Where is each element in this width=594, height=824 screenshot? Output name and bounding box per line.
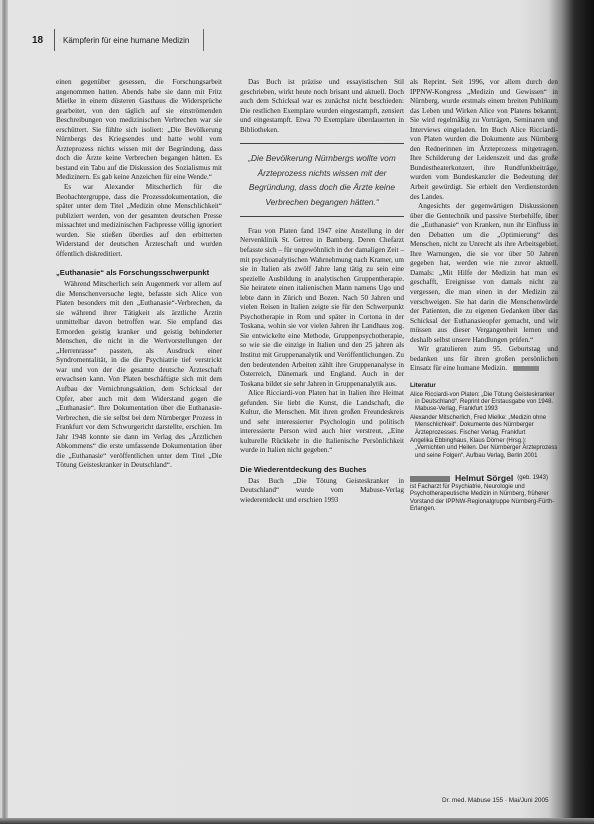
body-paragraph: Alice Ricciardi-von Platen hat in Italie… — [240, 389, 404, 456]
end-of-article-mark — [513, 366, 539, 371]
running-title: Kämpferin für eine humane Medizin — [63, 36, 189, 45]
column-1: einen gegenüber gesessen, die Forschungs… — [56, 78, 222, 471]
author-name: Helmut Sörgel — [455, 474, 513, 484]
page-bottom-edge-shadow — [0, 818, 594, 824]
pull-quote: „Die Bevölkerung Nürnbergs wollte vom Är… — [240, 143, 404, 217]
author-accent-bar — [410, 476, 450, 482]
literature-entry: Alice Ricciardi-von Platen: „Die Tötung … — [410, 392, 558, 414]
body-paragraph: Frau von Platen fand 1947 eine Anstellun… — [240, 227, 404, 389]
scanned-page: 18 Kämpferin für eine humane Medizin ein… — [0, 0, 594, 824]
column-2: Das Buch ist präzise und essayistischen … — [240, 78, 404, 505]
literature-heading: Literatur — [410, 381, 558, 391]
author-name-row: Helmut Sörgel (geb. 1943) — [410, 474, 558, 484]
body-paragraph: Das Buch ist präzise und essayistischen … — [240, 78, 404, 135]
section-heading-wiederentdeckung: Die Wiederentdeckung des Buches — [240, 465, 404, 475]
author-bio: ist Facharzt für Psychiatrie, Neurologie… — [410, 484, 558, 514]
page-footer: Dr. med. Mabuse 155 · Mai/Juni 2005 — [442, 797, 549, 804]
page-number: 18 — [32, 35, 52, 46]
literature-entry: Angelika Ebbinghaus, Klaus Dörner (Hrsg.… — [410, 438, 558, 460]
body-paragraph: Es war Alexander Mitscherlich für die Be… — [56, 183, 222, 259]
body-paragraph: einen gegenüber gesessen, die Forschungs… — [56, 78, 222, 183]
body-paragraph: Angesichts der gegenwärtigen Diskussione… — [410, 202, 558, 345]
body-paragraph: Während Mitscherlich sein Augenmerk vor … — [56, 280, 222, 471]
section-heading-euthanasie: „Euthanasie“ als Forschungsschwerpunkt — [56, 268, 222, 278]
header-divider-right — [203, 29, 204, 51]
column-3: als Reprint. Seit 1996, vor allem durch … — [410, 78, 558, 513]
body-paragraph-closing: Wir gratulieren zum 95. Geburtstag und b… — [410, 345, 558, 374]
literature-entry: Alexander Mitscherlich, Fred Mielke: „Me… — [410, 415, 558, 437]
page-header: 18 Kämpferin für eine humane Medizin — [32, 28, 204, 52]
page-left-edge-shadow — [2, 0, 8, 824]
author-years: (geb. 1943) — [517, 474, 548, 484]
author-bio-block: Helmut Sörgel (geb. 1943) ist Facharzt f… — [410, 474, 558, 513]
body-paragraph: als Reprint. Seit 1996, vor allem durch … — [410, 78, 558, 202]
header-divider — [54, 29, 55, 51]
body-paragraph: Das Buch „Die Tötung Geisteskranker in D… — [240, 477, 404, 506]
